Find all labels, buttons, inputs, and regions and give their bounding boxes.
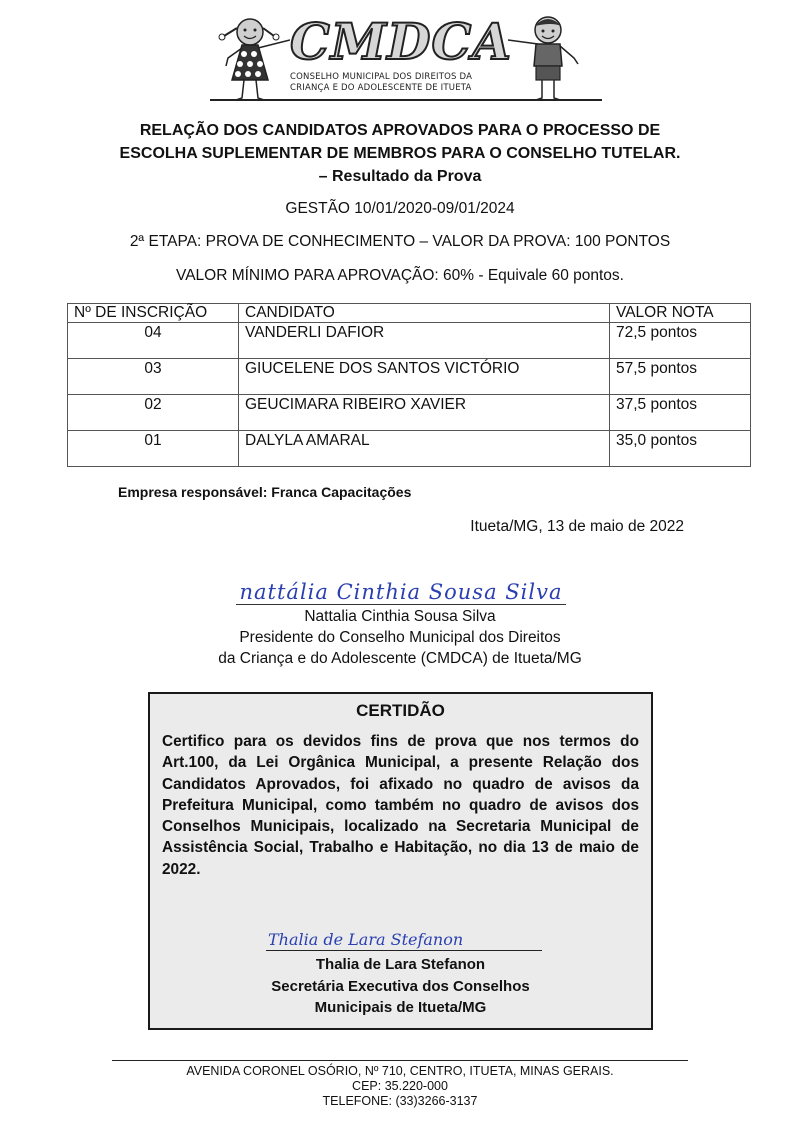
header-candidato: CANDIDATO xyxy=(239,304,610,323)
header-inscricao: Nº DE INSCRIÇÃO xyxy=(68,304,239,323)
cell-inscricao: 03 xyxy=(68,359,239,395)
cell-inscricao: 01 xyxy=(68,431,239,467)
cell-candidato: DALYLA AMARAL xyxy=(239,431,610,467)
girl-figure-icon xyxy=(210,14,290,102)
exam-stage: 2ª ETAPA: PROVA DE CONHECIMENTO – VALOR … xyxy=(60,233,740,251)
results-table: Nº DE INSCRIÇÃO CANDIDATO VALOR NOTA 04 … xyxy=(67,303,751,467)
place-date: Itueta/MG, 13 de maio de 2022 xyxy=(470,518,684,536)
cell-nota: 72,5 pontos xyxy=(610,323,751,359)
signer-role-1: Secretária Executiva dos Conselhos xyxy=(150,976,651,998)
table-row: 02 GEUCIMARA RIBEIRO XAVIER 37,5 pontos xyxy=(68,395,751,431)
footer-cep: CEP: 35.220-000 xyxy=(100,1079,700,1094)
table-header-row: Nº DE INSCRIÇÃO CANDIDATO VALOR NOTA xyxy=(68,304,751,323)
handwritten-signature-president: nattália Cinthia Sousa Silva xyxy=(236,580,566,604)
title-line-2: ESCOLHA SUPLEMENTAR DE MEMBROS PARA O CO… xyxy=(60,142,740,165)
cell-candidato: GEUCIMARA RIBEIRO XAVIER xyxy=(239,395,610,431)
footer-address: AVENIDA CORONEL OSÓRIO, Nº 710, CENTRO, … xyxy=(100,1064,700,1079)
cell-nota: 37,5 pontos xyxy=(610,395,751,431)
cell-inscricao: 04 xyxy=(68,323,239,359)
cell-nota: 35,0 pontos xyxy=(610,431,751,467)
certidao-title: CERTIDÃO xyxy=(150,701,651,721)
footer: AVENIDA CORONEL OSÓRIO, Nº 710, CENTRO, … xyxy=(100,1064,700,1109)
cell-candidato: GIUCELENE DOS SANTOS VICTÓRIO xyxy=(239,359,610,395)
table-row: 01 DALYLA AMARAL 35,0 pontos xyxy=(68,431,751,467)
minimum-score: VALOR MÍNIMO PARA APROVAÇÃO: 60% - Equiv… xyxy=(60,267,740,285)
signer-role-2: da Criança e do Adolescente (CMDCA) de I… xyxy=(160,648,640,669)
signature-line xyxy=(236,604,566,605)
signature-line xyxy=(266,950,542,951)
signer-name: Thalia de Lara Stefanon xyxy=(150,954,651,976)
header-divider xyxy=(210,99,602,101)
logo-subtitle-1: CONSELHO MUNICIPAL DOS DIREITOS DA xyxy=(290,72,520,82)
certidao-box: CERTIDÃO Certifico para os devidos fins … xyxy=(148,692,653,1030)
signer-role-2: Municipais de Itueta/MG xyxy=(150,997,651,1019)
logo-subtitle-2: CRIANÇA E DO ADOLESCENTE DE ITUETA xyxy=(290,83,520,93)
signer-name: Nattalia Cinthia Sousa Silva xyxy=(160,606,640,627)
secretary-signature-block: Thalia de Lara Stefanon Secretária Execu… xyxy=(150,954,651,1019)
table-row: 03 GIUCELENE DOS SANTOS VICTÓRIO 57,5 po… xyxy=(68,359,751,395)
document-title: RELAÇÃO DOS CANDIDATOS APROVADOS PARA O … xyxy=(60,119,740,188)
certidao-body: Certifico para os devidos fins de prova … xyxy=(162,731,639,880)
boy-figure-icon xyxy=(508,14,602,102)
footer-divider xyxy=(112,1060,688,1061)
cell-candidato: VANDERLI DAFIOR xyxy=(239,323,610,359)
gestao-period: GESTÃO 10/01/2020-09/01/2024 xyxy=(60,200,740,218)
responsible-company: Empresa responsável: Franca Capacitações xyxy=(118,484,411,500)
handwritten-signature-secretary: Thalia de Lara Stefanon xyxy=(268,930,463,949)
header-nota: VALOR NOTA xyxy=(610,304,751,323)
table-row: 04 VANDERLI DAFIOR 72,5 pontos xyxy=(68,323,751,359)
logo-wordmark: CMDCA xyxy=(290,16,508,68)
cell-nota: 57,5 pontos xyxy=(610,359,751,395)
signer-role-1: Presidente do Conselho Municipal dos Dir… xyxy=(160,627,640,648)
footer-phone: TELEFONE: (33)3266-3137 xyxy=(100,1094,700,1109)
title-line-3: – Resultado da Prova xyxy=(60,165,740,188)
title-line-1: RELAÇÃO DOS CANDIDATOS APROVADOS PARA O … xyxy=(60,119,740,142)
cell-inscricao: 02 xyxy=(68,395,239,431)
cmdca-logo: CMDCA CONSELHO MUNICIPAL DOS DIREITOS DA… xyxy=(210,14,602,102)
president-signature-block: Nattalia Cinthia Sousa Silva Presidente … xyxy=(160,606,640,669)
